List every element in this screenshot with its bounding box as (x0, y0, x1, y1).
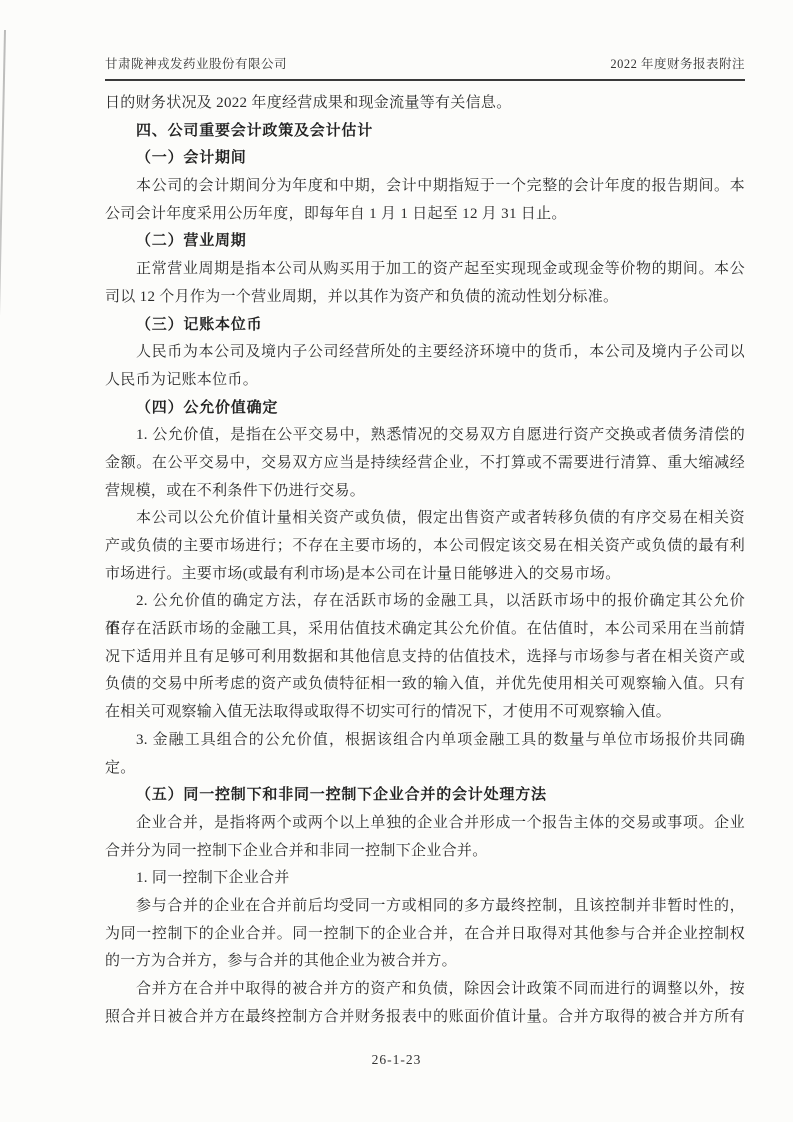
text-line: 营规模，或在不利条件下仍进行交易。 (105, 478, 745, 506)
text-line: 金额。在公平交易中，交易双方应当是持续经营企业，不打算或不需要进行清算、重大缩减… (105, 450, 745, 478)
page-number: 26-1-23 (372, 1052, 422, 1067)
text-line: 合并分为同一控制下企业合并和非同一控制下企业合并。 (105, 838, 745, 866)
text-line: 负债的交易中所考虑的资产或负债特征相一致的输入值，并优先使用相关可观察输入值。只… (105, 671, 745, 699)
text-line: 况下适用并且有足够可利用数据和其他信息支持的估值技术，选择与市场参与者在相关资产… (105, 644, 745, 672)
text-line: 日的财务状况及 2022 年度经营成果和现金流量等有关信息。 (105, 90, 745, 118)
text-line: 人民币为记账本位币。 (105, 367, 745, 395)
text-line: 企业合并，是指将两个或两个以上单独的企业合并形成一个报告主体的交易或事项。企业 (105, 810, 745, 838)
document-page: 甘肃陇神戎发药业股份有限公司 2022 年度财务报表附注 日的财务状况及 202… (0, 0, 793, 1122)
text-line: 本公司的会计期间分为年度和中期，会计中期指短于一个完整的会计年度的报告期间。本 (105, 173, 745, 201)
text-line: 在相关可观察输入值无法取得或取得不切实可行的情况下，才使用不可观察输入值。 (105, 699, 745, 727)
heading-line: （三）记账本位币 (105, 312, 745, 340)
page-header: 甘肃陇神戎发药业股份有限公司 2022 年度财务报表附注 (105, 54, 745, 81)
text-line: 合并方在合并中取得的被合并方的资产和负债，除因会计政策不同而进行的调整以外，按 (105, 976, 745, 1004)
text-line: 司以 12 个月作为一个营业周期，并以其作为资产和负债的流动性划分标准。 (105, 284, 745, 312)
text-line: 参与合并的企业在合并前后均受同一方或相同的多方最终控制，且该控制并非暂时性的， (105, 893, 745, 921)
report-title: 2022 年度财务报表附注 (610, 54, 745, 72)
text-line: 1. 公允价值，是指在公平交易中，熟悉情况的交易双方自愿进行资产交换或者债务清偿… (105, 422, 745, 450)
text-line: 正常营业周期是指本公司从购买用于加工的资产起至实现现金或现金等价物的期间。本公 (105, 256, 745, 284)
heading-line: 四、公司重要会计政策及会计估计 (105, 118, 745, 146)
heading-line: （四）公允价值确定 (105, 395, 745, 423)
text-line: 不存在活跃市场的金融工具，采用估值技术确定其公允价值。在估值时，本公司采用在当前… (105, 616, 745, 644)
heading-line: （一）会计期间 (105, 145, 745, 173)
text-line: 产或负债的主要市场进行；不存在主要市场的，本公司假定该交易在相关资产或负债的最有… (105, 533, 745, 561)
text-line: 为同一控制下的企业合并。同一控制下的企业合并，在合并日取得对其他参与合并企业控制… (105, 921, 745, 949)
text-line: 定。 (105, 755, 745, 783)
heading-line: （五）同一控制下和非同一控制下企业合并的会计处理方法 (105, 782, 745, 810)
text-line: 人民币为本公司及境内子公司经营所处的主要经济环境中的货币，本公司及境内子公司以 (105, 339, 745, 367)
page-footer: 26-1-23 (0, 1052, 793, 1068)
text-line: 公司会计年度采用公历年度，即每年自 1 月 1 日起至 12 月 31 日止。 (105, 201, 745, 229)
text-line: 照合并日被合并方在最终控制方合并财务报表中的账面价值计量。合并方取得的被合并方所… (105, 1004, 745, 1032)
text-line: 2. 公允价值的确定方法，存在活跃市场的金融工具，以活跃市场中的报价确定其公允价… (105, 588, 745, 616)
scan-edge-artifact (0, 30, 6, 1075)
company-name: 甘肃陇神戎发药业股份有限公司 (105, 54, 287, 72)
text-line: 的一方为合并方，参与合并的其他企业为被合并方。 (105, 948, 745, 976)
text-line: 市场进行。主要市场(或最有利市场)是本公司在计量日能够进入的交易市场。 (105, 561, 745, 589)
document-body: 日的财务状况及 2022 年度经营成果和现金流量等有关信息。四、公司重要会计政策… (105, 90, 745, 1031)
text-line: 1. 同一控制下企业合并 (105, 865, 745, 893)
text-line: 本公司以公允价值计量相关资产或负债，假定出售资产或者转移负债的有序交易在相关资 (105, 505, 745, 533)
text-line: 3. 金融工具组合的公允价值，根据该组合内单项金融工具的数量与单位市场报价共同确 (105, 727, 745, 755)
heading-line: （二）营业周期 (105, 228, 745, 256)
